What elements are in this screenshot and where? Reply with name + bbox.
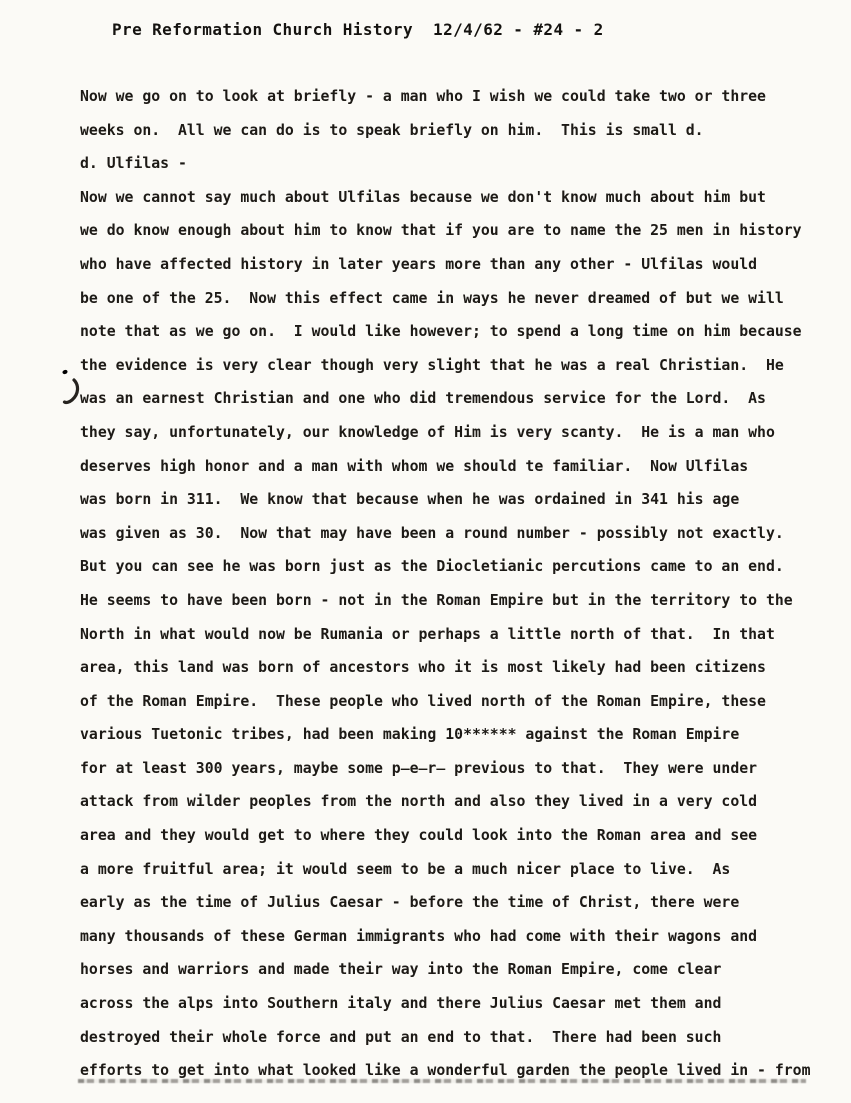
text-line: d. Ulfilas - bbox=[80, 147, 825, 181]
text-line: destroyed their whole force and put an e… bbox=[80, 1021, 825, 1055]
text-line: be one of the 25. Now this effect came i… bbox=[80, 282, 825, 316]
text-line: they say, unfortunately, our knowledge o… bbox=[80, 416, 825, 450]
text-line: across the alps into Southern italy and … bbox=[80, 987, 825, 1021]
text-line: area, this land was born of ancestors wh… bbox=[80, 651, 825, 685]
text-line: was given as 30. Now that may have been … bbox=[80, 517, 825, 551]
text-line: the evidence is very clear though very s… bbox=[80, 349, 825, 383]
text-line: various Tuetonic tribes, had been making… bbox=[80, 718, 825, 752]
text-line: attack from wilder peoples from the nort… bbox=[80, 785, 825, 819]
typed-text-block: Now we go on to look at briefly - a man … bbox=[80, 80, 825, 1088]
text-line: Now we go on to look at briefly - a man … bbox=[80, 80, 825, 114]
text-line: early as the time of Julius Caesar - bef… bbox=[80, 886, 825, 920]
text-line: He seems to have been born - not in the … bbox=[80, 584, 825, 618]
text-line: for at least 300 years, maybe some p̶e̶r… bbox=[80, 752, 825, 786]
text-line: note that as we go on. I would like howe… bbox=[80, 315, 825, 349]
text-line: weeks on. All we can do is to speak brie… bbox=[80, 114, 825, 148]
text-line: who have affected history in later years… bbox=[80, 248, 825, 282]
text-line: of the Roman Empire. These people who li… bbox=[80, 685, 825, 719]
text-line: many thousands of these German immigrant… bbox=[80, 920, 825, 954]
page-header: Pre Reformation Church History 12/4/62 -… bbox=[112, 20, 604, 39]
text-line: a more fruitful area; it would seem to b… bbox=[80, 853, 825, 887]
text-line: North in what would now be Rumania or pe… bbox=[80, 618, 825, 652]
text-line: was an earnest Christian and one who did… bbox=[80, 382, 825, 416]
text-line: deserves high honor and a man with whom … bbox=[80, 450, 825, 484]
text-line: But you can see he was born just as the … bbox=[80, 550, 825, 584]
text-line: we do know enough about him to know that… bbox=[80, 214, 825, 248]
document-page: Pre Reformation Church History 12/4/62 -… bbox=[0, 0, 851, 1103]
text-line: was born in 311. We know that because wh… bbox=[80, 483, 825, 517]
text-line: area and they would get to where they co… bbox=[80, 819, 825, 853]
text-line: horses and warriors and made their way i… bbox=[80, 953, 825, 987]
text-line: Now we cannot say much about Ulfilas bec… bbox=[80, 181, 825, 215]
cutoff-text-line bbox=[78, 1079, 806, 1083]
